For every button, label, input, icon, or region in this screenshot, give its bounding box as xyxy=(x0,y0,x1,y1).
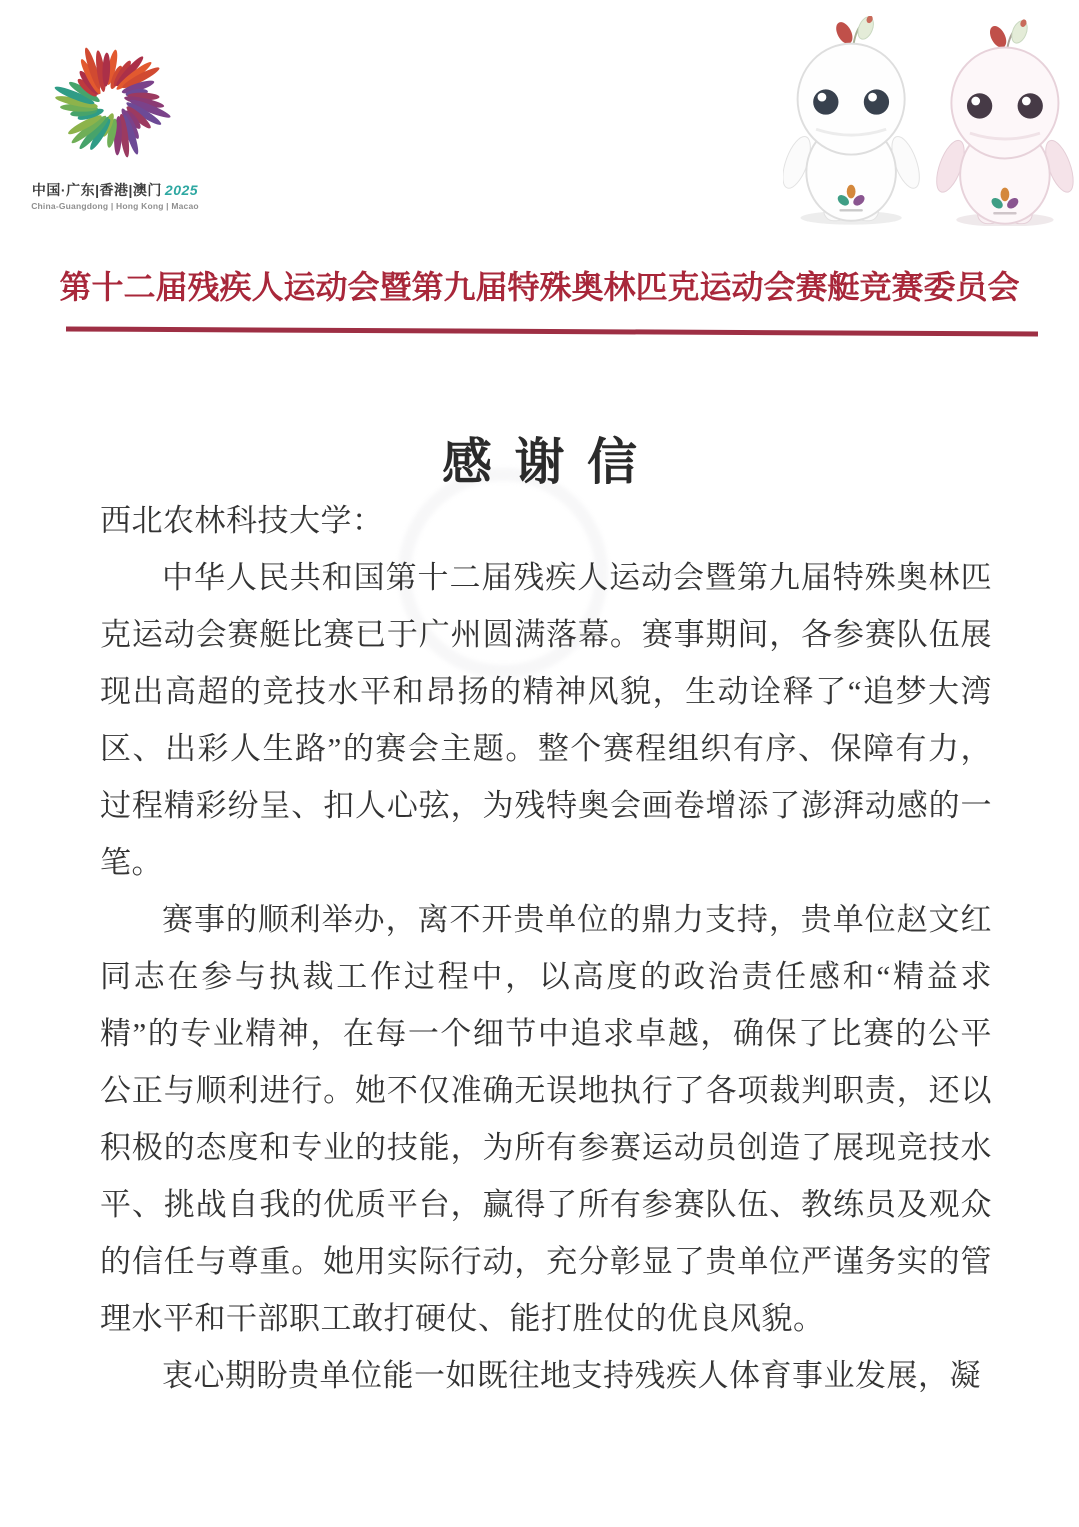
paragraph-1: 中华人民共和国第十二届残疾人运动会暨第九届特殊奥林匹克运动会赛艇比赛已于广州圆满… xyxy=(100,549,992,891)
emblem-caption-zh: 中国·广东|香港|澳门2025 xyxy=(30,180,200,200)
paragraph-3: 衷心期盼贵单位能一如既往地支持残疾人体育事业发展，凝 xyxy=(100,1347,992,1404)
salutation: 西北农林科技大学： xyxy=(100,492,992,549)
paragraph-2: 赛事的顺利举办，离不开贵单位的鼎力支持，贵单位赵文红同志在参与执裁工作过程中，以… xyxy=(100,891,992,1347)
letter-title: 感谢信 xyxy=(0,422,1079,494)
mascots-illustration xyxy=(783,16,1075,226)
letter-body: 西北农林科技大学： 中华人民共和国第十二届残疾人运动会暨第九届特殊奥林匹克运动会… xyxy=(100,492,992,1404)
letter-page: 中国·广东|香港|澳门2025 China-Guangdong | Hong K… xyxy=(0,0,1079,1527)
emblem-caption-year: 2025 xyxy=(165,182,198,198)
header-divider-rule xyxy=(66,326,1038,336)
mascot-left xyxy=(783,16,925,225)
mascot-right xyxy=(931,18,1075,226)
games-emblem-block: 中国·广东|香港|澳门2025 China-Guangdong | Hong K… xyxy=(30,26,260,211)
games-emblem-icon xyxy=(34,26,190,178)
emblem-caption-en: China-Guangdong | Hong Kong | Macao xyxy=(30,201,200,211)
games-emblem-caption: 中国·广东|香港|澳门2025 China-Guangdong | Hong K… xyxy=(30,180,200,211)
organization-title: 第十二届残疾人运动会暨第九届特殊奥林匹克运动会赛艇竞赛委员会 xyxy=(0,262,1079,308)
games-emblem-rays xyxy=(53,46,172,157)
